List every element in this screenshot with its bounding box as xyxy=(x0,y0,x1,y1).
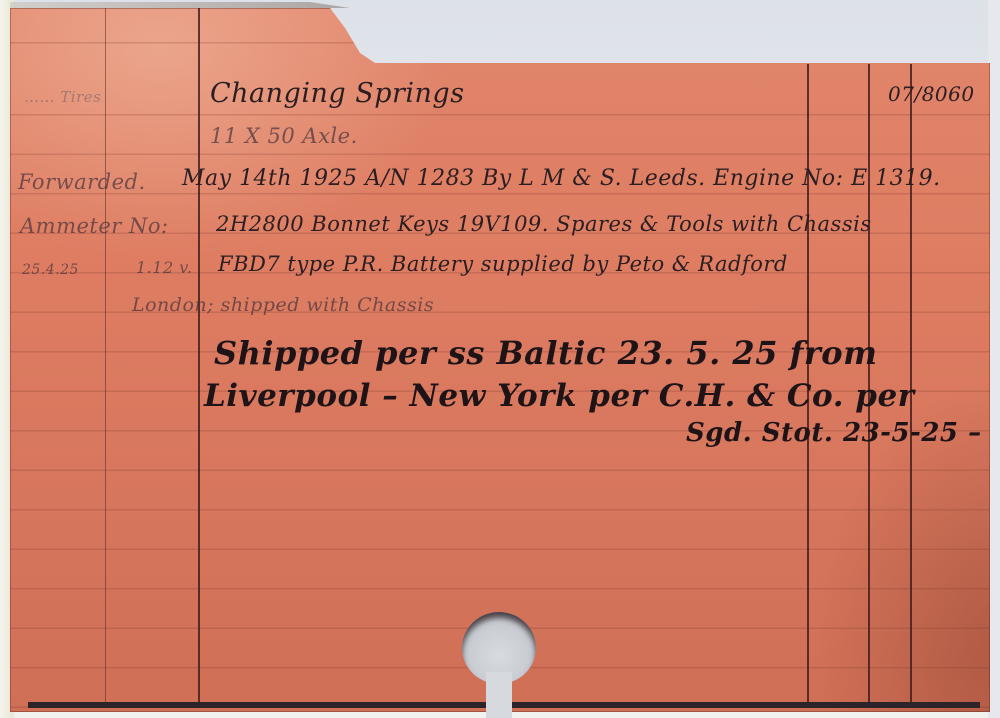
shipping-note-line-2: Liverpool – New York per C.H. & Co. per xyxy=(204,378,915,414)
row-forwarded-text: May 14th 1925 A/N 1283 By L M & S. Leeds… xyxy=(182,166,941,191)
row-shipped-with-chassis: London; shipped with Chassis xyxy=(132,294,434,316)
shipping-note-line-1: Shipped per ss Baltic 23. 5. 25 from xyxy=(214,334,877,372)
row-label-ammeter: Ammeter No: xyxy=(20,214,169,238)
row-label-forwarded: Forwarded. xyxy=(18,170,146,194)
punch-hole xyxy=(462,612,536,718)
row-battery-text: FBD7 type P.R. Battery supplied by Peto … xyxy=(218,252,788,276)
shipping-signature: Sgd. Stot. 23-5-25 – xyxy=(686,418,982,448)
punch-hole-slot xyxy=(486,672,512,718)
row-date: 25.4.25 xyxy=(22,262,79,278)
header-left-faint: …… Tires xyxy=(24,88,101,106)
card-subtitle: 11 X 50 Axle. xyxy=(210,124,358,148)
margin-rule-2 xyxy=(198,8,200,706)
card-tab-edge xyxy=(10,2,350,8)
reference-number: 07/8060 xyxy=(888,82,975,106)
card-title: Changing Springs xyxy=(210,78,465,109)
row-ammeter-text: 2H2800 Bonnet Keys 19V109. Spares & Tool… xyxy=(216,212,872,236)
row-sub-label: 1.12 v. xyxy=(136,258,192,277)
record-card: …… Tires Changing Springs 11 X 50 Axle. … xyxy=(10,8,990,712)
margin-rule-1 xyxy=(105,8,106,706)
